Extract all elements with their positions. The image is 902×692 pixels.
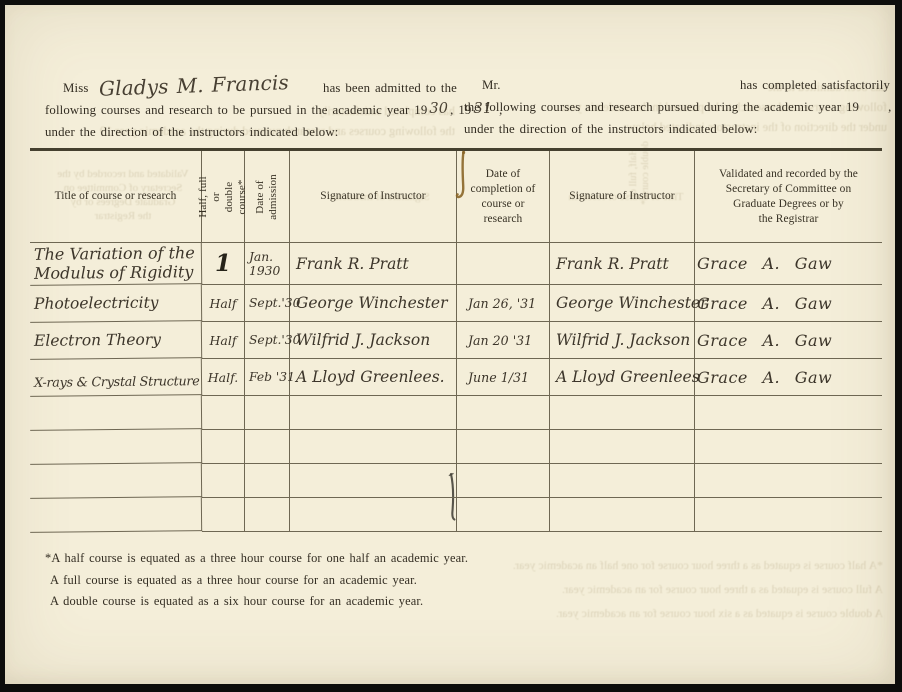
student-name-handwritten: Gladys M. Francis [88, 71, 323, 100]
cell-admission-date [245, 464, 290, 498]
cell-validated-signature [695, 464, 882, 498]
cell-validated-signature: Grace A. Gaw [695, 285, 882, 322]
cell-admission-date: Sept.'30 [245, 322, 290, 359]
cell-instructor-signature-1: A Lloyd Greenlees. [290, 359, 457, 396]
course-record-table: Title of course or research Half, full o… [30, 148, 882, 532]
table-row [30, 464, 882, 498]
cell-instructor-signature-2 [550, 396, 695, 430]
cell-completion-date: Jan 20 '31 [457, 322, 550, 359]
cell-validated-signature [695, 498, 882, 532]
cell-half-full: Half. [202, 359, 245, 396]
cell-completion-date: Jan 26, '31 [457, 285, 550, 322]
cell-course-title [30, 497, 202, 533]
table-row [30, 430, 882, 464]
salutation-miss: Miss [63, 78, 89, 99]
header-date-of-completion: Date of completion of course or research [457, 151, 550, 243]
cell-validated-signature: Grace A. Gaw [695, 322, 882, 359]
cell-completion-date [457, 396, 550, 430]
cell-instructor-signature-2 [550, 498, 695, 532]
cell-half-full [202, 464, 245, 498]
bleedthrough-footnotes: *A half course is equated as a three hou… [483, 553, 883, 625]
cell-half-full: Half [202, 322, 245, 359]
intro-left-line2: following courses and research to be pur… [45, 100, 457, 121]
cell-half-full: 1 [202, 243, 245, 285]
cell-course-title: X-rays & Crystal Structure [30, 358, 202, 397]
intro-left-line1: Miss Gladys M. Francis has been admitted… [45, 75, 457, 99]
cell-completion-date [457, 464, 550, 498]
cell-completion-date [457, 243, 550, 285]
cell-course-title: The Variation of the Modulus of Rigidity [30, 242, 202, 286]
admitted-text: has been admitted to the [323, 78, 457, 99]
cell-admission-date: Jan. 1930 [245, 243, 290, 285]
table-row [30, 498, 882, 532]
header-title-of-course: Title of course or research [30, 151, 202, 243]
header-date-of-admission: Date of admission [245, 151, 290, 243]
cell-validated-signature: Grace A. Gaw [695, 359, 882, 396]
cell-admission-date [245, 498, 290, 532]
cell-admission-date: Sept.'30 [245, 285, 290, 322]
cell-instructor-signature-1: Frank R. Pratt [290, 243, 457, 285]
cell-instructor-signature-2: A Lloyd Greenlees [550, 359, 695, 396]
cell-half-full [202, 430, 245, 464]
intro-left: Miss Gladys M. Francis has been admitted… [45, 75, 457, 143]
table-row: X-rays & Crystal Structure Half. Feb '31… [30, 359, 882, 396]
table-row [30, 396, 882, 430]
cell-course-title [30, 395, 202, 431]
cell-completion-date [457, 498, 550, 532]
cell-admission-date [245, 430, 290, 464]
cell-instructor-signature-2 [550, 464, 695, 498]
cell-admission-date [245, 396, 290, 430]
cell-half-full: Half [202, 285, 245, 322]
cell-completion-date [457, 430, 550, 464]
cell-half-full [202, 396, 245, 430]
intro-right-line3: under the direction of the instructors i… [464, 119, 890, 140]
cell-instructor-signature-2: Wilfrid J. Jackson [550, 322, 695, 359]
cell-instructor-signature-1 [290, 396, 457, 430]
cell-instructor-signature-1 [290, 498, 457, 532]
header-half-full-double: Half, full or double course* [202, 151, 245, 243]
salutation-mr: Mr. [482, 75, 501, 96]
cell-course-title [30, 429, 202, 465]
completed-text: has completed satisfactorily [740, 75, 890, 96]
year-1930-handwritten: 30 [429, 101, 448, 117]
table-body: The Variation of the Modulus of Rigidity… [30, 243, 882, 532]
footnote-full-course: A full course is equated as a three hour… [45, 570, 468, 592]
cell-half-full [202, 498, 245, 532]
header-signature-instructor-2: Signature of Instructor [550, 151, 695, 243]
cell-validated-signature [695, 430, 882, 464]
academic-year-text: following courses and research to be pur… [45, 103, 427, 117]
cell-validated-signature: Grace A. Gaw [695, 243, 882, 285]
table-row: Electron Theory Half Sept.'30 Wilfrid J.… [30, 322, 882, 359]
intro-right-line2: the following courses and research pursu… [464, 97, 890, 118]
footnote-double-course: A double course is equated as a six hour… [45, 591, 468, 613]
cell-course-title: Photoelectricity [30, 284, 202, 323]
cell-validated-signature [695, 396, 882, 430]
cell-completion-date: June 1/31 [457, 359, 550, 396]
cell-instructor-signature-1: George Winchester [290, 285, 457, 322]
cell-admission-date: Feb '31 [245, 359, 290, 396]
intro-right: Mr. has completed satisfactorily the fol… [464, 75, 890, 140]
cell-instructor-signature-2: George Winchester [550, 285, 695, 322]
footnote-half-course: *A half course is equated as a three hou… [45, 548, 468, 570]
cell-instructor-signature-1: Wilfrid J. Jackson [290, 322, 457, 359]
cell-instructor-signature-2 [550, 430, 695, 464]
cell-course-title [30, 463, 202, 499]
cell-instructor-signature-1 [290, 464, 457, 498]
cell-instructor-signature-2: Frank R. Pratt [550, 243, 695, 285]
record-card-page: has completed satisfactorily the followi… [0, 0, 902, 692]
header-validated-recorded: Validated and recorded by the Secretary … [695, 151, 882, 243]
table-header-row: Title of course or research Half, full o… [30, 148, 882, 243]
table-row: Photoelectricity Half Sept.'30 George Wi… [30, 285, 882, 322]
intro-left-line3: under the direction of the instructors i… [45, 122, 457, 143]
cell-instructor-signature-1 [290, 430, 457, 464]
header-signature-instructor-1: Signature of Instructor [290, 151, 457, 243]
footnotes: *A half course is equated as a three hou… [45, 548, 468, 613]
intro-right-line1: Mr. has completed satisfactorily [464, 75, 890, 96]
cell-course-title: Electron Theory [30, 321, 202, 360]
table-row: The Variation of the Modulus of Rigidity… [30, 243, 882, 285]
